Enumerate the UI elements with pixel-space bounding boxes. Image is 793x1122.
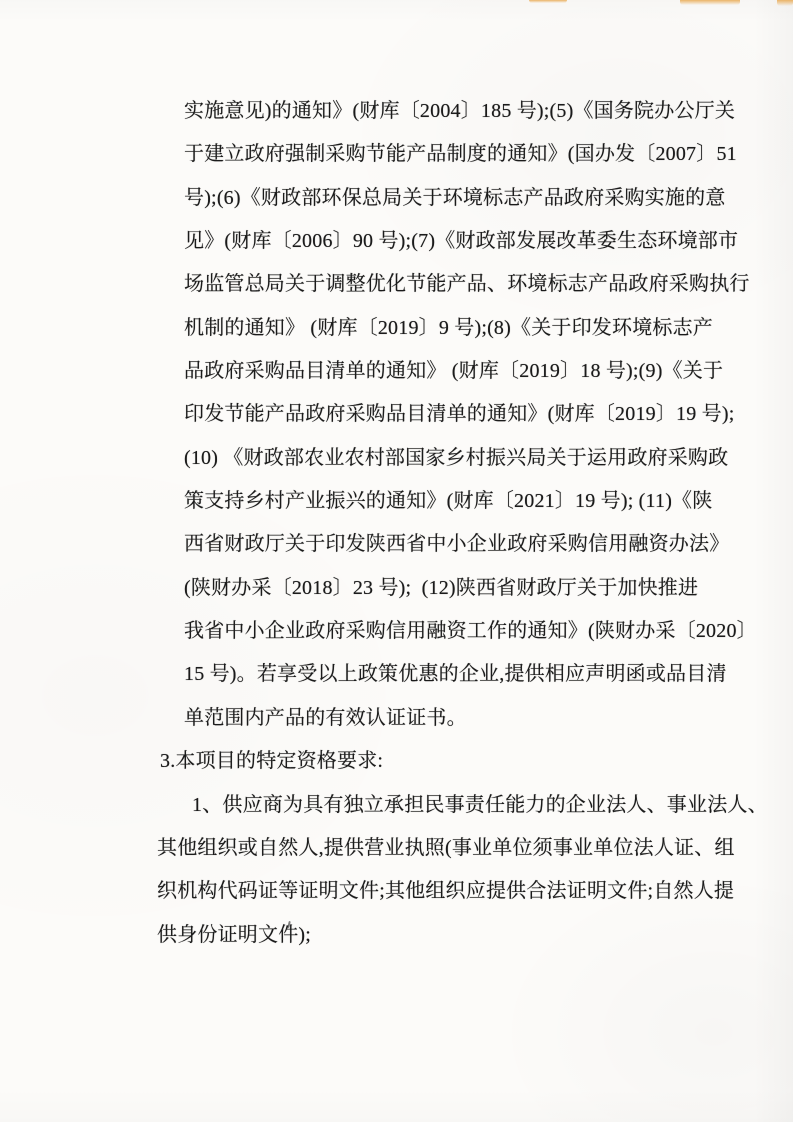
- text-line: 于建立政府强制采购节能产品制度的通知》(国办发〔2007〕51: [0, 133, 793, 176]
- text-line: 供身份证明文件);: [0, 914, 793, 957]
- text-line: 见》(财库〔2006〕90 号);(7)《财政部发展改革委生态环境部市: [0, 220, 793, 263]
- text-line: 15 号)。若享受以上政策优惠的企业,提供相应声明函或品目清: [0, 653, 793, 696]
- text-line: 我省中小企业政府采购信用融资工作的通知》(陕财办采〔2020〕: [0, 610, 793, 653]
- text-line: 场监管总局关于调整优化节能产品、环境标志产品政府采购执行: [0, 263, 793, 306]
- text-line: 实施意见)的通知》(财库〔2004〕185 号);(5)《国务院办公厅关: [0, 90, 793, 133]
- text-line: 单范围内产品的有效认证证书。: [0, 697, 793, 740]
- scan-edge-artifact: [777, 0, 793, 6]
- section-heading-line: 3.本项目的特定资格要求:: [0, 740, 793, 783]
- text-line: (陕财办采〔2018〕23 号); (12)陕西省财政厅关于加快推进: [0, 567, 793, 610]
- text-line: 印发节能产品政府采购品目清单的通知》(财库〔2019〕19 号);: [0, 393, 793, 436]
- text-line: 其他组织或自然人,提供营业执照(事业单位须事业单位法人证、组: [0, 827, 793, 870]
- text-line: 品政府采购品目清单的通知》 (财库〔2019〕18 号);(9)《关于: [0, 350, 793, 393]
- scanned-document-page: 实施意见)的通知》(财库〔2004〕185 号);(5)《国务院办公厅关 于建立…: [0, 0, 793, 1122]
- text-line: (10) 《财政部农业农村部国家乡村振兴局关于运用政府采购政: [0, 437, 793, 480]
- scan-edge-artifact: [680, 0, 740, 5]
- text-line: 西省财政厅关于印发陕西省中小企业政府采购信用融资办法》: [0, 523, 793, 566]
- text-line: 1、供应商为具有独立承担民事责任能力的企业法人、事业法人、: [0, 784, 793, 827]
- scan-edge-artifact: [529, 0, 567, 3]
- text-line: 织机构代码证等证明文件;其他组织应提供合法证明文件;自然人提: [0, 870, 793, 913]
- document-text-block: 实施意见)的通知》(财库〔2004〕185 号);(5)《国务院办公厅关 于建立…: [0, 90, 793, 957]
- text-line: 号);(6)《财政部环保总局关于环境标志产品政府采购实施的意: [0, 177, 793, 220]
- text-line: 机制的通知》 (财库〔2019〕9 号);(8)《关于印发环境标志产: [0, 307, 793, 350]
- text-line: 策支持乡村产业振兴的通知》(财库〔2021〕19 号); (11)《陕: [0, 480, 793, 523]
